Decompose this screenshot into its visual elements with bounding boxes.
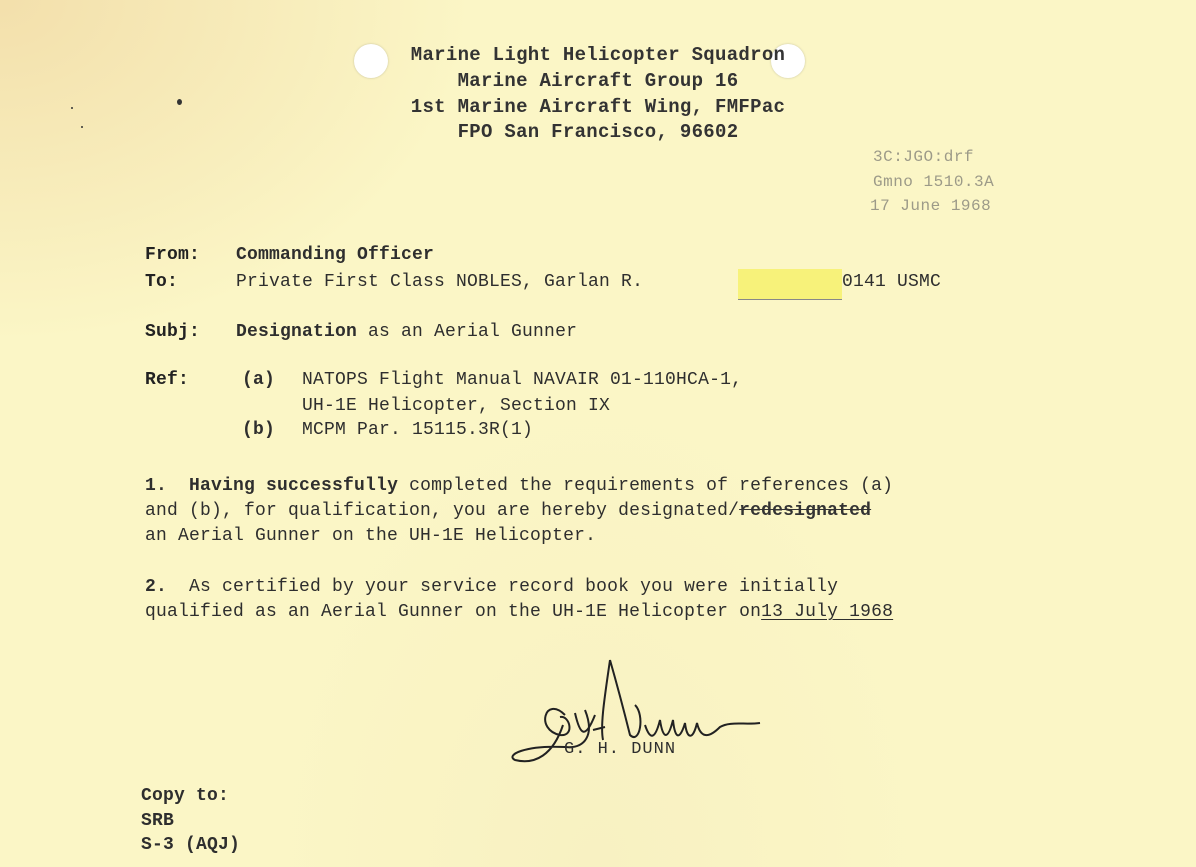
ref-a-marker: (a) xyxy=(242,370,275,390)
copy-to-recipient: S-3 (AQJ) xyxy=(141,835,240,855)
reference-code: 3C:JGO:drf xyxy=(873,148,974,166)
copy-to-recipient: SRB xyxy=(141,811,174,831)
paragraph-1-line-2-text: and (b), for qualification, you are here… xyxy=(145,501,739,521)
paragraph-2-line-2-text: qualified as an Aerial Gunner on the UH-… xyxy=(145,602,761,622)
struck-word: redesignated xyxy=(739,501,871,521)
paragraph-1-number: 1. xyxy=(145,476,167,496)
letter-date: 17 June 1968 xyxy=(870,197,991,215)
paragraph-1-bold-text: Having successfully xyxy=(189,476,398,496)
subject-rest: as an Aerial Gunner xyxy=(357,322,577,342)
paragraph-2-number: 2. xyxy=(145,577,167,597)
qualification-date: 13 July 1968 xyxy=(761,602,893,622)
reference-file-number: Gmno 1510.3A xyxy=(873,173,994,191)
paragraph-1-line-2: and (b), for qualification, you are here… xyxy=(145,501,871,521)
ref-b-marker: (b) xyxy=(242,420,275,440)
paragraph-2-line-1-text: As certified by your service record book… xyxy=(189,577,838,597)
ref-label: Ref: xyxy=(145,370,189,390)
paragraph-2-line-1: 2. As certified by your service record b… xyxy=(145,577,838,597)
to-value: Private First Class NOBLES, Garlan R. xyxy=(236,272,643,292)
to-label: To: xyxy=(145,272,178,292)
subject-bold: Designation xyxy=(236,322,357,342)
redaction-box xyxy=(738,269,842,300)
subject: Designation as an Aerial Gunner xyxy=(236,322,577,342)
paragraph-2-line-2: qualified as an Aerial Gunner on the UH-… xyxy=(145,602,893,622)
letterhead-line-1: Marine Light Helicopter Squadron xyxy=(0,44,1196,66)
subj-label: Subj: xyxy=(145,322,200,342)
to-service-suffix: 0141 USMC xyxy=(842,272,941,292)
ref-b-line-1: MCPM Par. 15115.3R(1) xyxy=(302,420,533,440)
letterhead-line-3: 1st Marine Aircraft Wing, FMFPac xyxy=(0,96,1196,118)
paragraph-1-line-3: an Aerial Gunner on the UH-1E Helicopter… xyxy=(145,526,596,546)
signer-name: G. H. DUNN xyxy=(564,740,676,759)
letterhead-line-2: Marine Aircraft Group 16 xyxy=(0,70,1196,92)
copy-to-label: Copy to: xyxy=(141,786,229,806)
paragraph-1-rest: completed the requirements of references… xyxy=(398,476,893,496)
from-label: From: xyxy=(145,245,200,265)
ref-a-line-1: NATOPS Flight Manual NAVAIR 01-110HCA-1, xyxy=(302,370,742,390)
ref-a-line-2: UH-1E Helicopter, Section IX xyxy=(302,396,610,416)
paragraph-1-line-1: 1. Having successfully completed the req… xyxy=(145,476,893,496)
from-value: Commanding Officer xyxy=(236,245,434,265)
letterhead-line-4: FPO San Francisco, 96602 xyxy=(0,121,1196,143)
